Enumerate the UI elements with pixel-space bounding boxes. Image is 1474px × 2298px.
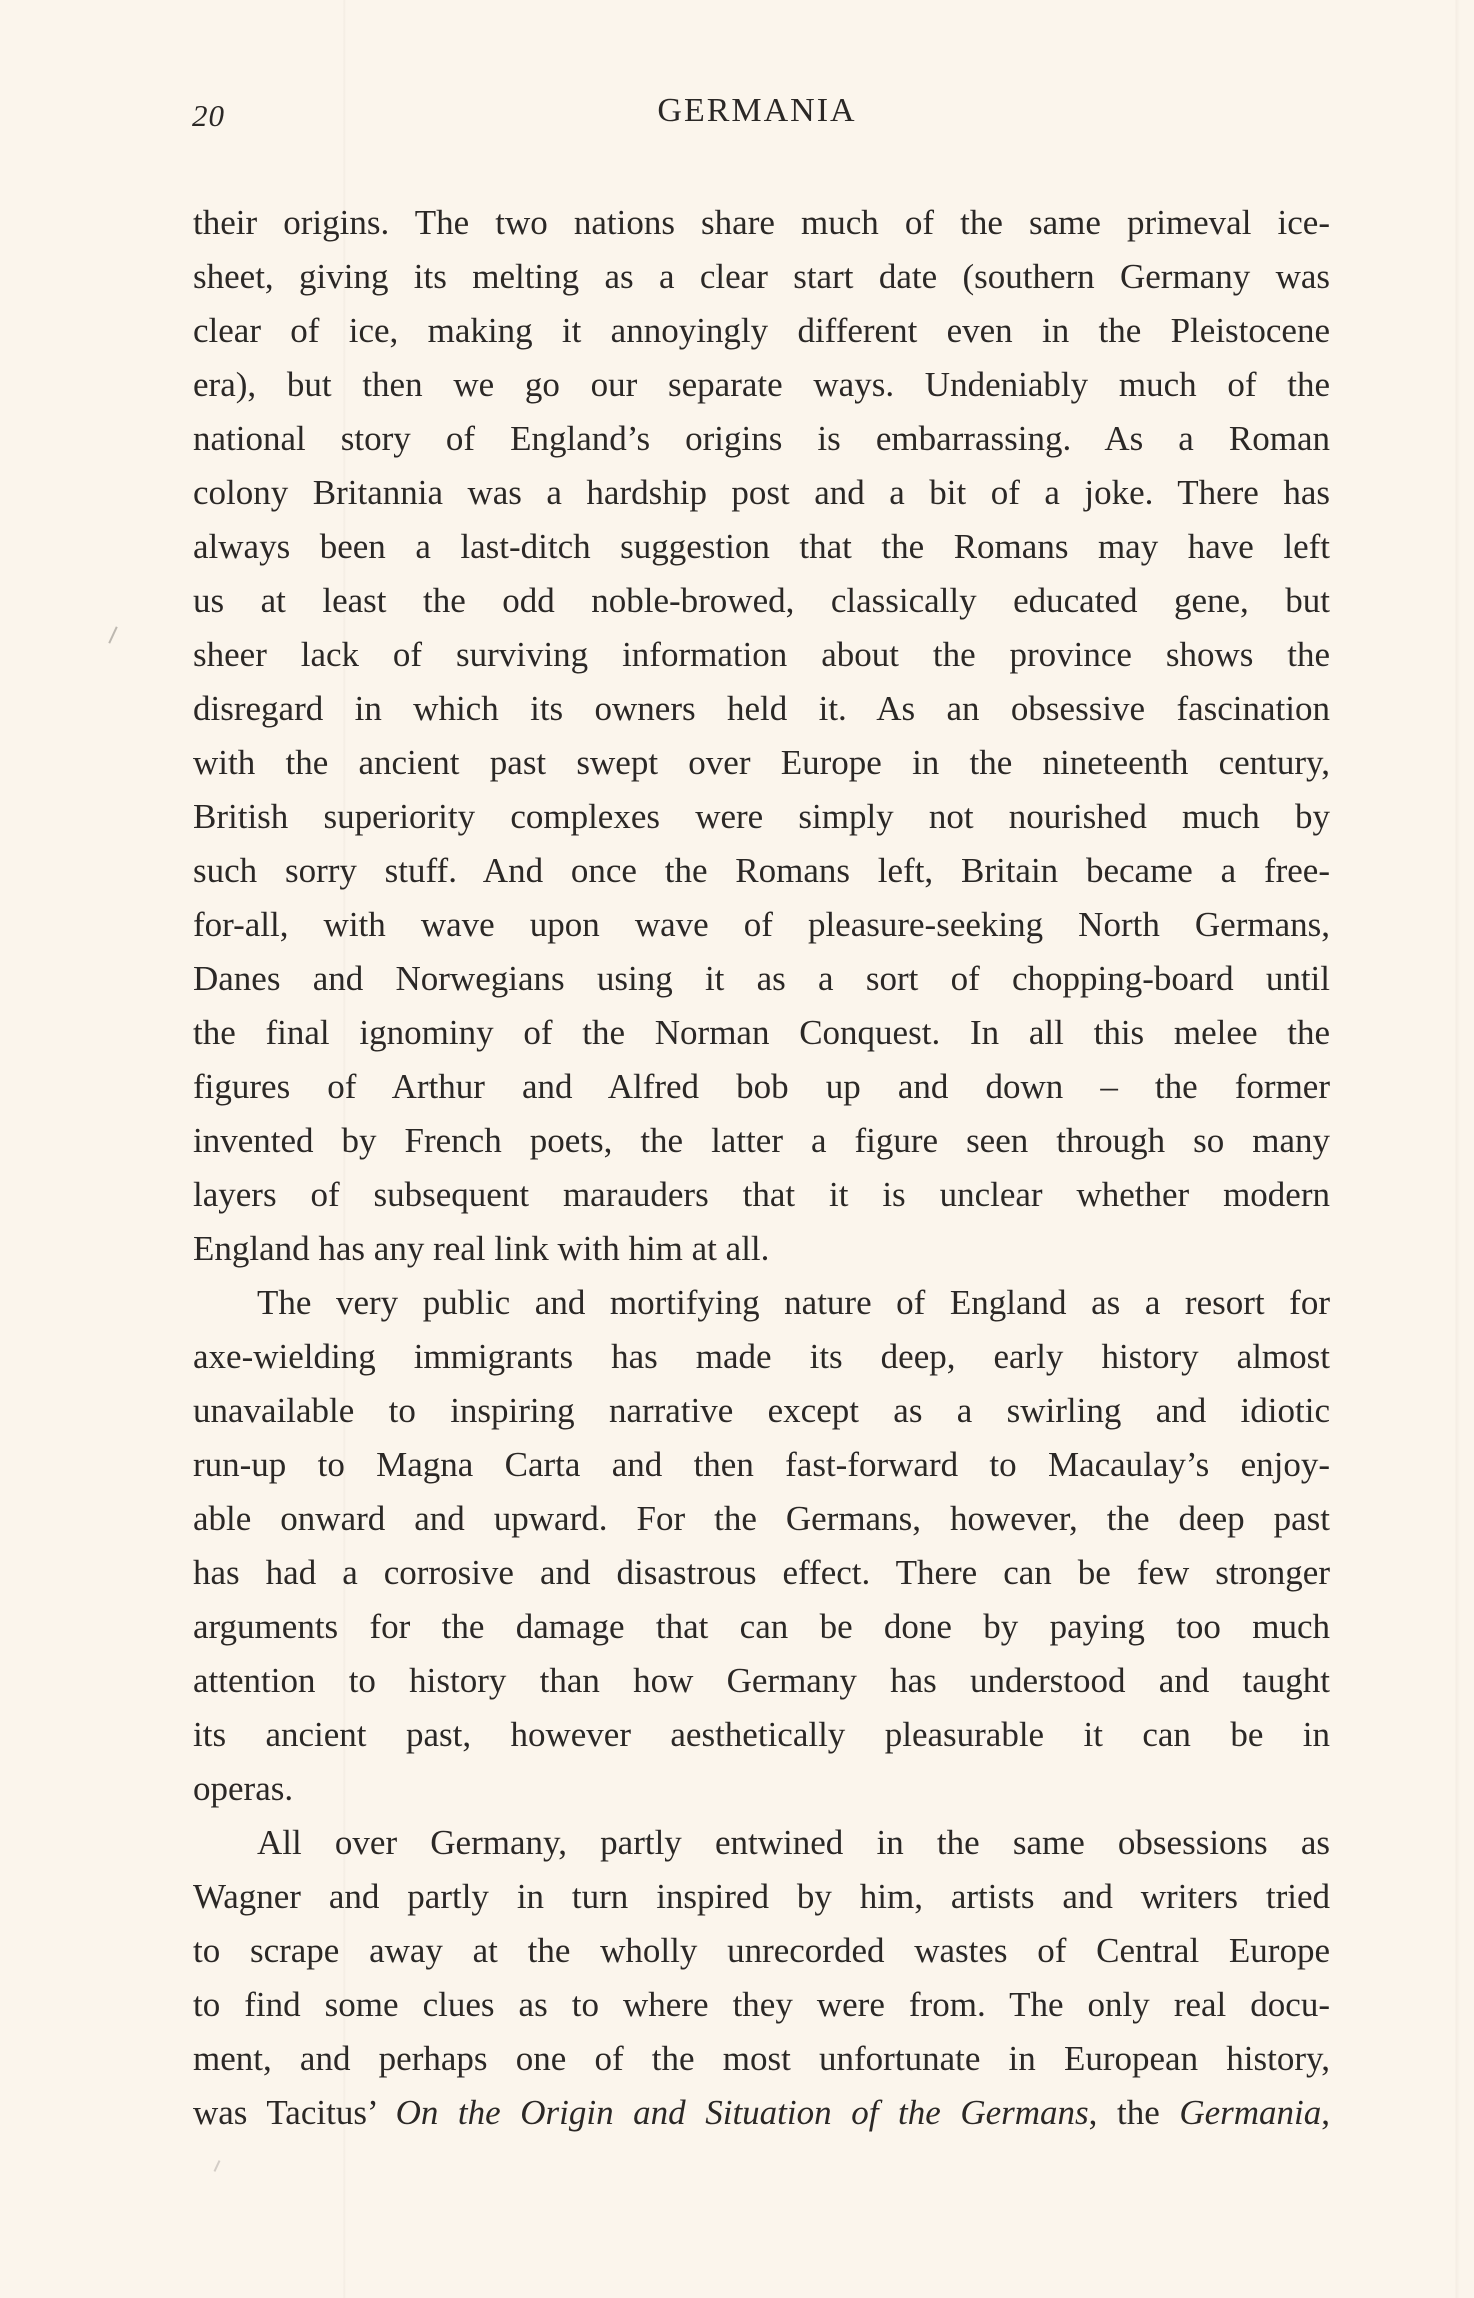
text-line: ment, and perhaps one of the most unfort… xyxy=(193,2032,1330,2086)
running-head: 20 GERMANIA xyxy=(0,92,1474,132)
text-line: Wagner and partly in turn inspired by hi… xyxy=(193,1870,1330,1924)
text-line: clear of ice, making it annoyingly diffe… xyxy=(193,304,1330,358)
text-line: arguments for the damage that can be don… xyxy=(193,1600,1330,1654)
text-run: , xyxy=(1321,2093,1330,2132)
text-line: such sorry stuff. And once the Romans le… xyxy=(193,844,1330,898)
running-title: GERMANIA xyxy=(0,92,1474,130)
book-page: 20 GERMANIA their origins. The two natio… xyxy=(0,0,1474,2298)
italic-book-short-title: Germania xyxy=(1179,2093,1321,2132)
pencil-mark xyxy=(214,2160,221,2172)
text-line: All over Germany, partly entwined in the… xyxy=(193,1816,1330,1870)
text-line: The very public and mortifying nature of… xyxy=(193,1276,1330,1330)
text-line: the final ignominy of the Norman Conques… xyxy=(193,1006,1330,1060)
text-line: colony Britannia was a hardship post and… xyxy=(193,466,1330,520)
text-line: operas. xyxy=(193,1762,1330,1816)
text-line: Danes and Norwegians using it as a sort … xyxy=(193,952,1330,1006)
italic-book-title: On the Origin and Situation of the Germa… xyxy=(396,2093,1089,2132)
text-run: , the xyxy=(1089,2093,1180,2132)
text-line: for-all, with wave upon wave of pleasure… xyxy=(193,898,1330,952)
text-line: disregard in which its owners held it. A… xyxy=(193,682,1330,736)
paragraph-3: All over Germany, partly entwined in the… xyxy=(193,1816,1330,2140)
text-line: attention to history than how Germany ha… xyxy=(193,1654,1330,1708)
text-line: figures of Arthur and Alfred bob up and … xyxy=(193,1060,1330,1114)
text-line: unavailable to inspiring narrative excep… xyxy=(193,1384,1330,1438)
text-line: with the ancient past swept over Europe … xyxy=(193,736,1330,790)
text-line: has had a corrosive and disastrous effec… xyxy=(193,1546,1330,1600)
text-line: sheer lack of surviving information abou… xyxy=(193,628,1330,682)
text-line: run-up to Magna Carta and then fast-forw… xyxy=(193,1438,1330,1492)
text-line: its ancient past, however aesthetically … xyxy=(193,1708,1330,1762)
text-line: British superiority complexes were simpl… xyxy=(193,790,1330,844)
paragraph-1: their origins. The two nations share muc… xyxy=(193,196,1330,1276)
text-line: us at least the odd noble-browed, classi… xyxy=(193,574,1330,628)
text-line-final: was Tacitus’ On the Origin and Situation… xyxy=(193,2086,1330,2140)
text-line: able onward and upward. For the Germans,… xyxy=(193,1492,1330,1546)
text-line: always been a last-ditch suggestion that… xyxy=(193,520,1330,574)
text-line: axe-wielding immigrants has made its dee… xyxy=(193,1330,1330,1384)
text-line: to scrape away at the wholly unrecorded … xyxy=(193,1924,1330,1978)
text-line: sheet, giving its melting as a clear sta… xyxy=(193,250,1330,304)
text-line: England has any real link with him at al… xyxy=(193,1222,1330,1276)
pencil-mark xyxy=(108,626,117,643)
text-line: invented by French poets, the latter a f… xyxy=(193,1114,1330,1168)
text-run: was Tacitus’ xyxy=(193,2093,396,2132)
text-line: layers of subsequent marauders that it i… xyxy=(193,1168,1330,1222)
text-line: their origins. The two nations share muc… xyxy=(193,196,1330,250)
body-text: their origins. The two nations share muc… xyxy=(193,196,1330,2140)
paragraph-2: The very public and mortifying nature of… xyxy=(193,1276,1330,1816)
text-line: era), but then we go our separate ways. … xyxy=(193,358,1330,412)
text-line: national story of England’s origins is e… xyxy=(193,412,1330,466)
text-line: to find some clues as to where they were… xyxy=(193,1978,1330,2032)
